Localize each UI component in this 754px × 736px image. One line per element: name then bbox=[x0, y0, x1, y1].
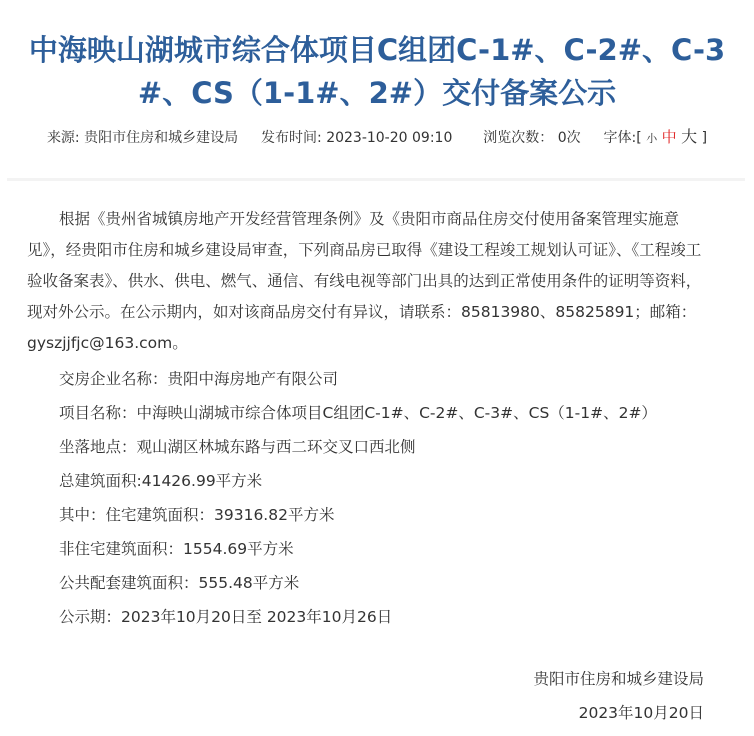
detail-public-facility-area: 公共配套建筑面积：555.48平方米 bbox=[27, 566, 703, 600]
font-size-small-button[interactable]: 小 bbox=[646, 129, 657, 149]
intro-paragraph: 根据《贵州省城镇房地产开发经营管理条例》及《贵阳市商品住房交付使用备案管理实施意… bbox=[27, 204, 703, 359]
font-size-label: 字体:[ bbox=[604, 128, 642, 148]
detail-total-area: 总建筑面积:41426.99平方米 bbox=[27, 464, 703, 498]
article-meta: 来源: 贵阳市住房和城乡建设局 发布时间: 2023-10-20 09:10 浏… bbox=[0, 127, 754, 149]
detail-company: 交房企业名称：贵阳中海房地产有限公司 bbox=[27, 362, 703, 396]
signature-date: 2023年10月20日 bbox=[533, 696, 704, 730]
article-title: 中海映山湖城市综合体项目C组团C-1#、C-2#、C-3#、CS（1-1#、2#… bbox=[8, 29, 746, 115]
font-size-close-bracket: ] bbox=[702, 128, 707, 148]
views-label: 浏览次数： bbox=[483, 128, 553, 148]
detail-residential-area: 其中：住宅建筑面积：39316.82平方米 bbox=[27, 498, 703, 532]
detail-publicity-period: 公示期：2023年10月20日至 2023年10月26日 bbox=[27, 600, 703, 634]
signature-org: 贵阳市住房和城乡建设局 bbox=[533, 662, 704, 696]
detail-project-name: 项目名称：中海映山湖城市综合体项目C组团C-1#、C-2#、C-3#、CS（1-… bbox=[27, 396, 703, 430]
publish-label: 发布时间: bbox=[261, 128, 322, 148]
source-value: 贵阳市住房和城乡建设局 bbox=[84, 128, 238, 148]
signature-block: 贵阳市住房和城乡建设局 2023年10月20日 bbox=[533, 662, 704, 730]
article-body: 根据《贵州省城镇房地产开发经营管理条例》及《贵阳市商品住房交付使用备案管理实施意… bbox=[27, 204, 703, 634]
detail-location: 坐落地点：观山湖区林城东路与西二环交叉口西北侧 bbox=[27, 430, 703, 464]
font-size-large-button[interactable]: 大 bbox=[681, 127, 697, 147]
font-size-medium-button[interactable]: 中 bbox=[662, 127, 677, 147]
views-value: 0次 bbox=[558, 128, 581, 148]
detail-non-residential-area: 非住宅建筑面积：1554.69平方米 bbox=[27, 532, 703, 566]
publish-value: 2023-10-20 09:10 bbox=[326, 128, 452, 148]
source-label: 来源: bbox=[47, 128, 80, 148]
header-divider bbox=[7, 178, 745, 181]
